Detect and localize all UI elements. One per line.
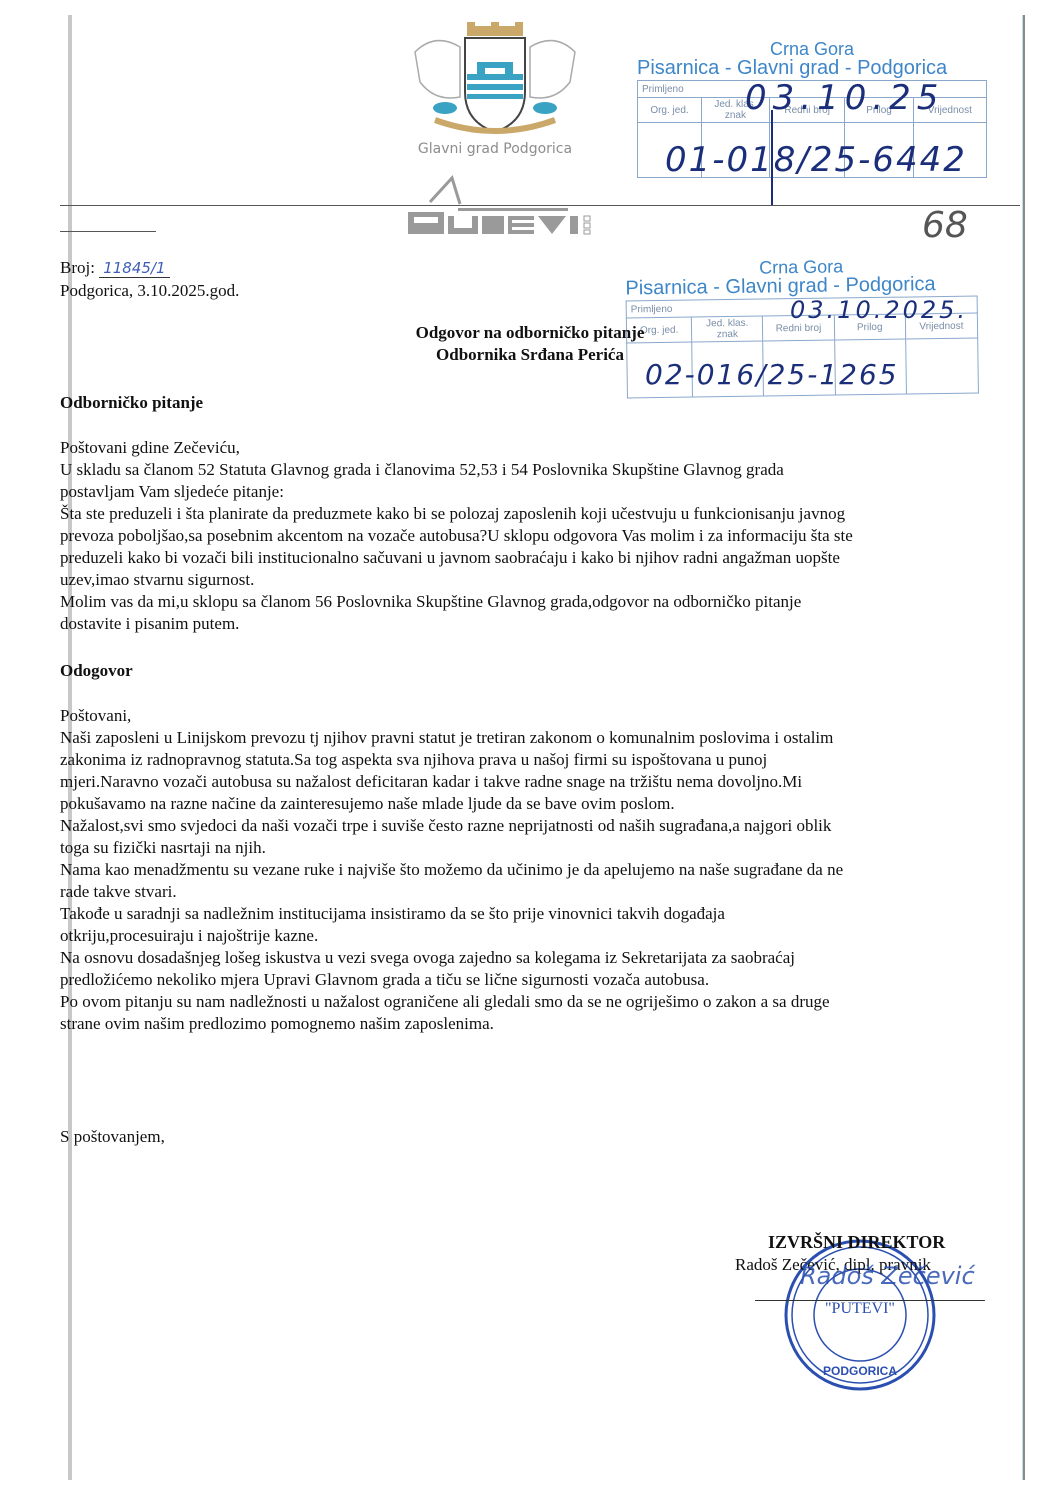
crest-caption: Glavni grad Podgorica — [403, 141, 587, 157]
stamp-country: Crna Gora — [637, 40, 987, 58]
coat-of-arms-icon — [405, 22, 585, 142]
answer-heading: Odogovor — [60, 660, 990, 682]
text-line: U skladu sa članom 52 Statuta Glavnog gr… — [60, 459, 990, 481]
text-line: postavljam Vam sljedeće pitanje: — [60, 481, 990, 503]
text-line: Poštovani gdine Zečeviću, — [60, 437, 990, 459]
text-line: dostavite i pisanim putem. — [60, 613, 990, 635]
closing-salutation: S poštovanjem, — [60, 1127, 165, 1147]
text-line: Šta ste preduzeli i šta planirate da pre… — [60, 503, 990, 525]
answer-body: Poštovani,Naši zaposleni u Linijskom pre… — [60, 705, 990, 1035]
stamp-office: Pisarnica - Glavni grad - Podgorica — [637, 58, 987, 78]
question-heading: Odborničko pitanje — [60, 392, 990, 414]
text-line: strane ovim našim predlozimo pomognemo n… — [60, 1013, 990, 1035]
letter-subject: Odgovor na odborničko pitanje Odbornika … — [330, 322, 730, 366]
stamp-received-date: 03.10.2025. — [790, 296, 968, 324]
letter-number: Broj: 11845/1 — [60, 258, 170, 278]
text-line: Po ovom pitanju su nam nadležnosti u naž… — [60, 991, 990, 1013]
stamp-received-date: 03.10.25 — [745, 78, 944, 118]
handwritten-page-number: 68 — [922, 205, 968, 246]
text-line: Nama kao menadžmentu su vezane ruke i na… — [60, 859, 990, 881]
text-line: Takođe u saradnji sa nadležnim instituci… — [60, 903, 990, 925]
text-line: Na osnovu dosadašnjeg lošeg iskustva u v… — [60, 947, 990, 969]
text-line: Poštovani, — [60, 705, 990, 727]
text-line: pokušavamo na razne načine da zainteresu… — [60, 793, 990, 815]
stamp-col-org: Org. jed. — [638, 98, 702, 123]
stamp-office: Pisarnica - Glavni grad - Podgorica — [625, 274, 977, 299]
text-line: Naši zaposleni u Linijskom prevozu tj nj… — [60, 727, 990, 749]
text-line: Molim vas da mi,u sklopu sa članom 56 Po… — [60, 591, 990, 613]
header-divider-short — [60, 231, 156, 232]
question-body: Poštovani gdine Zečeviću,U skladu sa čla… — [60, 437, 990, 635]
letter-number-value: 11845/1 — [99, 259, 169, 278]
handwritten-stroke — [771, 110, 773, 205]
putevi-logo-icon — [400, 170, 620, 240]
subject-line-1: Odgovor na odborničko pitanje — [330, 322, 730, 344]
handwritten-signature: Radoš Zečević — [800, 1262, 975, 1290]
text-line: toga su fizički nasrtaji na njih. — [60, 837, 990, 859]
text-line: rade takve stvari. — [60, 881, 990, 903]
scan-edge-right — [1022, 15, 1025, 1480]
text-line: otkriju,procesuiraju i najoštrije kazne. — [60, 925, 990, 947]
text-line: predložićemo nekoliko mjera Upravi Glavn… — [60, 969, 990, 991]
text-line: preduzeli kako bi vozači bili institucio… — [60, 547, 990, 569]
svg-text:PODGORICA: PODGORICA — [823, 1364, 897, 1378]
subject-line-2: Odbornika Srđana Perića — [330, 344, 730, 366]
text-line: Nažalost,svi smo svjedoci da naši vozači… — [60, 815, 990, 837]
svg-text:"PUTEVI": "PUTEVI" — [825, 1300, 895, 1317]
text-line: zakonima iz radnopravnog statuta.Sa tog … — [60, 749, 990, 771]
text-line: mjeri.Naravno vozači autobusa su nažalos… — [60, 771, 990, 793]
stamp-registry-number: 01-018/25-6442 — [665, 140, 967, 180]
text-line: uzev,imao stvarnu sigurnost. — [60, 569, 990, 591]
place-date: Podgorica, 3.10.2025.god. — [60, 281, 239, 301]
signatory-title: IZVRŠNI DIREKTOR — [768, 1232, 945, 1253]
signature-line — [755, 1300, 985, 1301]
letter-number-label: Broj: — [60, 258, 95, 277]
text-line: prevoza poboljšao,sa posebnim akcentom n… — [60, 525, 990, 547]
